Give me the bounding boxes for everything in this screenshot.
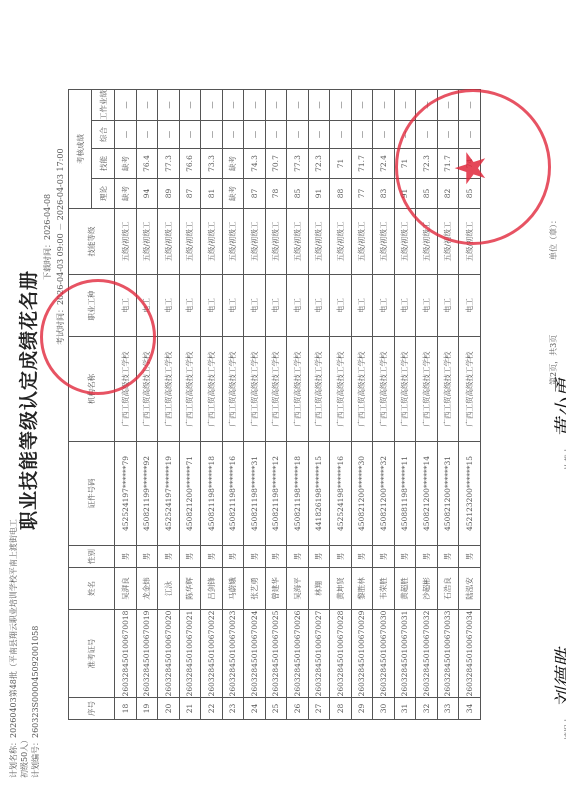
cell-id: 450821198******12 <box>265 442 287 546</box>
table-row: 24260328450100670024张艺勇男450821198******3… <box>244 90 266 720</box>
cell-skill: 76.6 <box>179 149 201 179</box>
col-sex: 性别 <box>69 546 115 568</box>
cell-no: 34 <box>459 698 481 720</box>
cell-sex: 男 <box>351 546 373 568</box>
cell-id: 450821200******14 <box>416 442 438 546</box>
cell-ticket: 260328450100670023 <box>222 610 244 698</box>
cell-job: 电工 <box>179 275 201 337</box>
cell-job: 电工 <box>287 275 309 337</box>
cell-name: 黎胜林 <box>351 568 373 610</box>
cell-job: 电工 <box>265 275 287 337</box>
cell-ticket: 260328450100670029 <box>351 610 373 698</box>
cell-skill: 71 <box>330 149 352 179</box>
cell-ticket: 260328450100670024 <box>244 610 266 698</box>
cell-comp: — <box>115 121 137 149</box>
cell-no: 30 <box>373 698 395 720</box>
col-comp: 综合 <box>92 121 115 149</box>
cell-id: 452524198******16 <box>330 442 352 546</box>
cell-name: 吕剑锋 <box>201 568 223 610</box>
cell-id: 450821198******31 <box>244 442 266 546</box>
cell-theory: 缺考 <box>115 179 137 209</box>
cell-work: — <box>244 90 266 121</box>
cell-level: 五级/初级工 <box>136 209 158 275</box>
cell-no: 29 <box>351 698 373 720</box>
cell-org: 广西工贸高级技工学校 <box>287 337 309 442</box>
cell-sex: 男 <box>394 546 416 568</box>
cell-ticket: 260328450100670032 <box>416 610 438 698</box>
cell-no: 20 <box>158 698 180 720</box>
cell-sex: 男 <box>136 546 158 568</box>
cell-job: 电工 <box>373 275 395 337</box>
cell-ticket: 260328450100670022 <box>201 610 223 698</box>
cell-no: 33 <box>437 698 459 720</box>
cell-work: — <box>136 90 158 121</box>
cell-no: 31 <box>394 698 416 720</box>
cell-comp: — <box>179 121 201 149</box>
cell-org: 广西工贸高级技工学校 <box>373 337 395 442</box>
operator-signature: 黄小勇 <box>552 378 566 438</box>
official-stamp-top <box>40 279 156 395</box>
cell-level: 五级/初级工 <box>373 209 395 275</box>
table-row: 18260328450100670018吴湃良男452524197******7… <box>115 90 137 720</box>
cell-level: 五级/初级工 <box>265 209 287 275</box>
col-work: 工作业绩 <box>92 90 115 121</box>
filler: 填报人：刘德胜 <box>548 648 566 740</box>
cell-ticket: 260328450100670027 <box>308 610 330 698</box>
col-skill: 技能 <box>92 149 115 179</box>
cell-id: 450821198******16 <box>222 442 244 546</box>
cell-id: 450821200******71 <box>179 442 201 546</box>
table-row: 22260328450100670022吕剑锋男450821198******1… <box>201 90 223 720</box>
table-row: 21260328450100670021陈华辉男450821200******7… <box>179 90 201 720</box>
cell-theory: 94 <box>136 179 158 209</box>
cell-work: — <box>265 90 287 121</box>
cell-no: 24 <box>244 698 266 720</box>
cell-ticket: 260328450100670028 <box>330 610 352 698</box>
table-row: 28260328450100670028黄坤贤男452524198******1… <box>330 90 352 720</box>
cell-job: 电工 <box>437 275 459 337</box>
cell-work: — <box>115 90 137 121</box>
col-scores: 考核成绩 <box>69 90 92 209</box>
cell-comp: — <box>158 121 180 149</box>
cell-no: 23 <box>222 698 244 720</box>
cell-ticket: 260328450100670030 <box>373 610 395 698</box>
cell-name: 龙金炜 <box>136 568 158 610</box>
cell-sex: 男 <box>287 546 309 568</box>
cell-no: 25 <box>265 698 287 720</box>
cell-sex: 男 <box>115 546 137 568</box>
cell-sex: 男 <box>437 546 459 568</box>
cell-work: — <box>201 90 223 121</box>
cell-comp: — <box>287 121 309 149</box>
cell-sex: 男 <box>373 546 395 568</box>
cell-skill: 74.3 <box>244 149 266 179</box>
col-ticket: 准考证号 <box>69 610 115 698</box>
cell-theory: 87 <box>244 179 266 209</box>
cell-comp: — <box>265 121 287 149</box>
cell-sex: 男 <box>459 546 481 568</box>
cell-ticket: 260328450100670026 <box>287 610 309 698</box>
cell-sex: 男 <box>179 546 201 568</box>
cell-job: 电工 <box>158 275 180 337</box>
cell-name: 陈华辉 <box>179 568 201 610</box>
cell-level: 五级/初级工 <box>179 209 201 275</box>
cell-name: 黄超胜 <box>394 568 416 610</box>
cell-theory: 89 <box>158 179 180 209</box>
cell-ticket: 260328450100670018 <box>115 610 137 698</box>
cell-theory: 85 <box>287 179 309 209</box>
table-row: 26260328450100670026吴海平男450821198******1… <box>287 90 309 720</box>
cell-sex: 男 <box>416 546 438 568</box>
filler-signature: 刘德胜 <box>552 648 566 708</box>
cell-comp: — <box>373 121 395 149</box>
col-level: 技能等级 <box>69 209 115 275</box>
cell-no: 22 <box>201 698 223 720</box>
col-no: 序号 <box>69 698 115 720</box>
col-theory: 理论 <box>92 179 115 209</box>
cell-name: 马蔚娥 <box>222 568 244 610</box>
cell-org: 广西工贸高级技工学校 <box>437 337 459 442</box>
cell-ticket: 260328450100670033 <box>437 610 459 698</box>
cell-comp: — <box>244 121 266 149</box>
page-title: 职业技能等级认定成绩花名册 <box>14 0 41 800</box>
cell-ticket: 260328450100670019 <box>136 610 158 698</box>
cell-id: 450881198******11 <box>394 442 416 546</box>
cell-id: 450821198******18 <box>201 442 223 546</box>
cell-no: 28 <box>330 698 352 720</box>
cell-ticket: 260328450100670021 <box>179 610 201 698</box>
cell-job: 电工 <box>330 275 352 337</box>
page-number: 第2页，共3页 <box>548 335 559 385</box>
cell-theory: 77 <box>351 179 373 209</box>
cell-name: 张艺勇 <box>244 568 266 610</box>
cell-job: 电工 <box>459 275 481 337</box>
cell-skill: 76.4 <box>136 149 158 179</box>
cell-org: 广西工贸高级技工学校 <box>179 337 201 442</box>
cell-work: — <box>287 90 309 121</box>
cell-id: 450821199******92 <box>136 442 158 546</box>
cell-no: 19 <box>136 698 158 720</box>
download-time: 下载时间：2026-04-08 <box>42 194 53 280</box>
cell-level: 五级/初级工 <box>244 209 266 275</box>
cell-level: 五级/初级工 <box>201 209 223 275</box>
star-icon: ★ <box>446 149 495 187</box>
cell-org: 广西工贸高级技工学校 <box>222 337 244 442</box>
cell-id: 450821200******32 <box>373 442 395 546</box>
cell-skill: 71.7 <box>351 149 373 179</box>
cell-job: 电工 <box>351 275 373 337</box>
cell-job: 电工 <box>201 275 223 337</box>
cell-org: 广西工贸高级技工学校 <box>394 337 416 442</box>
cell-skill: 70.7 <box>265 149 287 179</box>
cell-id: 450821200******30 <box>351 442 373 546</box>
cell-ticket: 260328450100670034 <box>459 610 481 698</box>
cell-level: 五级/初级工 <box>222 209 244 275</box>
cell-no: 18 <box>115 698 137 720</box>
cell-job: 电工 <box>394 275 416 337</box>
table-row: 30260328450100670030韦荣胜男450821200******3… <box>373 90 395 720</box>
cell-no: 21 <box>179 698 201 720</box>
cell-level: 五级/初级工 <box>330 209 352 275</box>
cell-job: 电工 <box>244 275 266 337</box>
cell-level: 五级/初级工 <box>394 209 416 275</box>
cell-work: — <box>308 90 330 121</box>
table-row: 19260328450100670019龙金炜男450821199******9… <box>136 90 158 720</box>
cell-work: — <box>179 90 201 121</box>
cell-work: — <box>158 90 180 121</box>
cell-org: 广西工贸高级技工学校 <box>265 337 287 442</box>
cell-name: 江泳 <box>158 568 180 610</box>
roster-page: 计划名称：20260403第48批（平南县翔云职业培训学校平南上渡街电工 初级5… <box>0 0 566 800</box>
cell-comp: — <box>222 121 244 149</box>
cell-name: 林翔 <box>308 568 330 610</box>
cell-work: — <box>222 90 244 121</box>
cell-sex: 男 <box>222 546 244 568</box>
cell-org: 广西工贸高级技工学校 <box>308 337 330 442</box>
cell-level: 五级/初级工 <box>308 209 330 275</box>
cell-name: 吴湃良 <box>115 568 137 610</box>
cell-name: 陆泓安 <box>459 568 481 610</box>
cell-id: 452524197******79 <box>115 442 137 546</box>
cell-level: 五级/初级工 <box>351 209 373 275</box>
cell-org: 广西工贸高级技工学校 <box>201 337 223 442</box>
cell-id: 452123200******15 <box>459 442 481 546</box>
cell-theory: 缺考 <box>222 179 244 209</box>
cell-theory: 88 <box>330 179 352 209</box>
cell-work: — <box>351 90 373 121</box>
cell-job: 电工 <box>222 275 244 337</box>
operator: 执裁人：黄小勇 <box>548 378 566 470</box>
cell-comp: — <box>136 121 158 149</box>
cell-theory: 87 <box>179 179 201 209</box>
cell-comp: — <box>308 121 330 149</box>
cell-level: 五级/初级工 <box>158 209 180 275</box>
table-row: 27260328450100670027林翔男441826198******15… <box>308 90 330 720</box>
unit-seal-label: 单位（章）： <box>548 216 559 260</box>
table-row: 20260328450100670020江泳男452524197******19… <box>158 90 180 720</box>
table-row: 25260328450100670025曾建华男450821198******1… <box>265 90 287 720</box>
cell-comp: — <box>201 121 223 149</box>
cell-no: 26 <box>287 698 309 720</box>
cell-skill: 缺考 <box>115 149 137 179</box>
cell-sex: 男 <box>201 546 223 568</box>
cell-skill: 72.4 <box>373 149 395 179</box>
cell-name: 石浩良 <box>437 568 459 610</box>
cell-name: 曾建华 <box>265 568 287 610</box>
cell-job: 电工 <box>416 275 438 337</box>
cell-sex: 男 <box>330 546 352 568</box>
cell-theory: 91 <box>308 179 330 209</box>
cell-comp: — <box>330 121 352 149</box>
cell-id: 450821200******31 <box>437 442 459 546</box>
cell-skill: 72.3 <box>308 149 330 179</box>
cell-id: 450821198******18 <box>287 442 309 546</box>
cell-name: 吴海平 <box>287 568 309 610</box>
table-row: 29260328450100670029黎胜林男450821200******3… <box>351 90 373 720</box>
cell-sex: 男 <box>244 546 266 568</box>
cell-org: 广西工贸高级技工学校 <box>158 337 180 442</box>
cell-id: 441826198******15 <box>308 442 330 546</box>
cell-level: 五级/初级工 <box>115 209 137 275</box>
cell-skill: 73.3 <box>201 149 223 179</box>
cell-org: 广西工贸高级技工学校 <box>416 337 438 442</box>
col-name: 姓名 <box>69 568 115 610</box>
official-stamp-bottom: ★ <box>395 89 551 245</box>
cell-name: 沙超彬 <box>416 568 438 610</box>
cell-sex: 男 <box>158 546 180 568</box>
cell-no: 32 <box>416 698 438 720</box>
cell-theory: 83 <box>373 179 395 209</box>
cell-org: 广西工贸高级技工学校 <box>330 337 352 442</box>
col-id: 证件号码 <box>69 442 115 546</box>
cell-work: — <box>330 90 352 121</box>
table-row: 23260328450100670023马蔚娥男450821198******1… <box>222 90 244 720</box>
cell-ticket: 260328450100670025 <box>265 610 287 698</box>
cell-org: 广西工贸高级技工学校 <box>459 337 481 442</box>
cell-no: 27 <box>308 698 330 720</box>
cell-theory: 81 <box>201 179 223 209</box>
cell-level: 五级/初级工 <box>287 209 309 275</box>
cell-id: 452524197******19 <box>158 442 180 546</box>
cell-theory: 78 <box>265 179 287 209</box>
cell-sex: 男 <box>308 546 330 568</box>
cell-comp: — <box>351 121 373 149</box>
cell-org: 广西工贸高级技工学校 <box>244 337 266 442</box>
cell-skill: 缺考 <box>222 149 244 179</box>
cell-name: 韦荣胜 <box>373 568 395 610</box>
cell-sex: 男 <box>265 546 287 568</box>
cell-skill: 77.3 <box>287 149 309 179</box>
cell-work: — <box>373 90 395 121</box>
cell-org: 广西工贸高级技工学校 <box>351 337 373 442</box>
cell-skill: 77.3 <box>158 149 180 179</box>
cell-ticket: 260328450100670020 <box>158 610 180 698</box>
cell-job: 电工 <box>308 275 330 337</box>
cell-ticket: 260328450100670031 <box>394 610 416 698</box>
cell-name: 黄坤贤 <box>330 568 352 610</box>
